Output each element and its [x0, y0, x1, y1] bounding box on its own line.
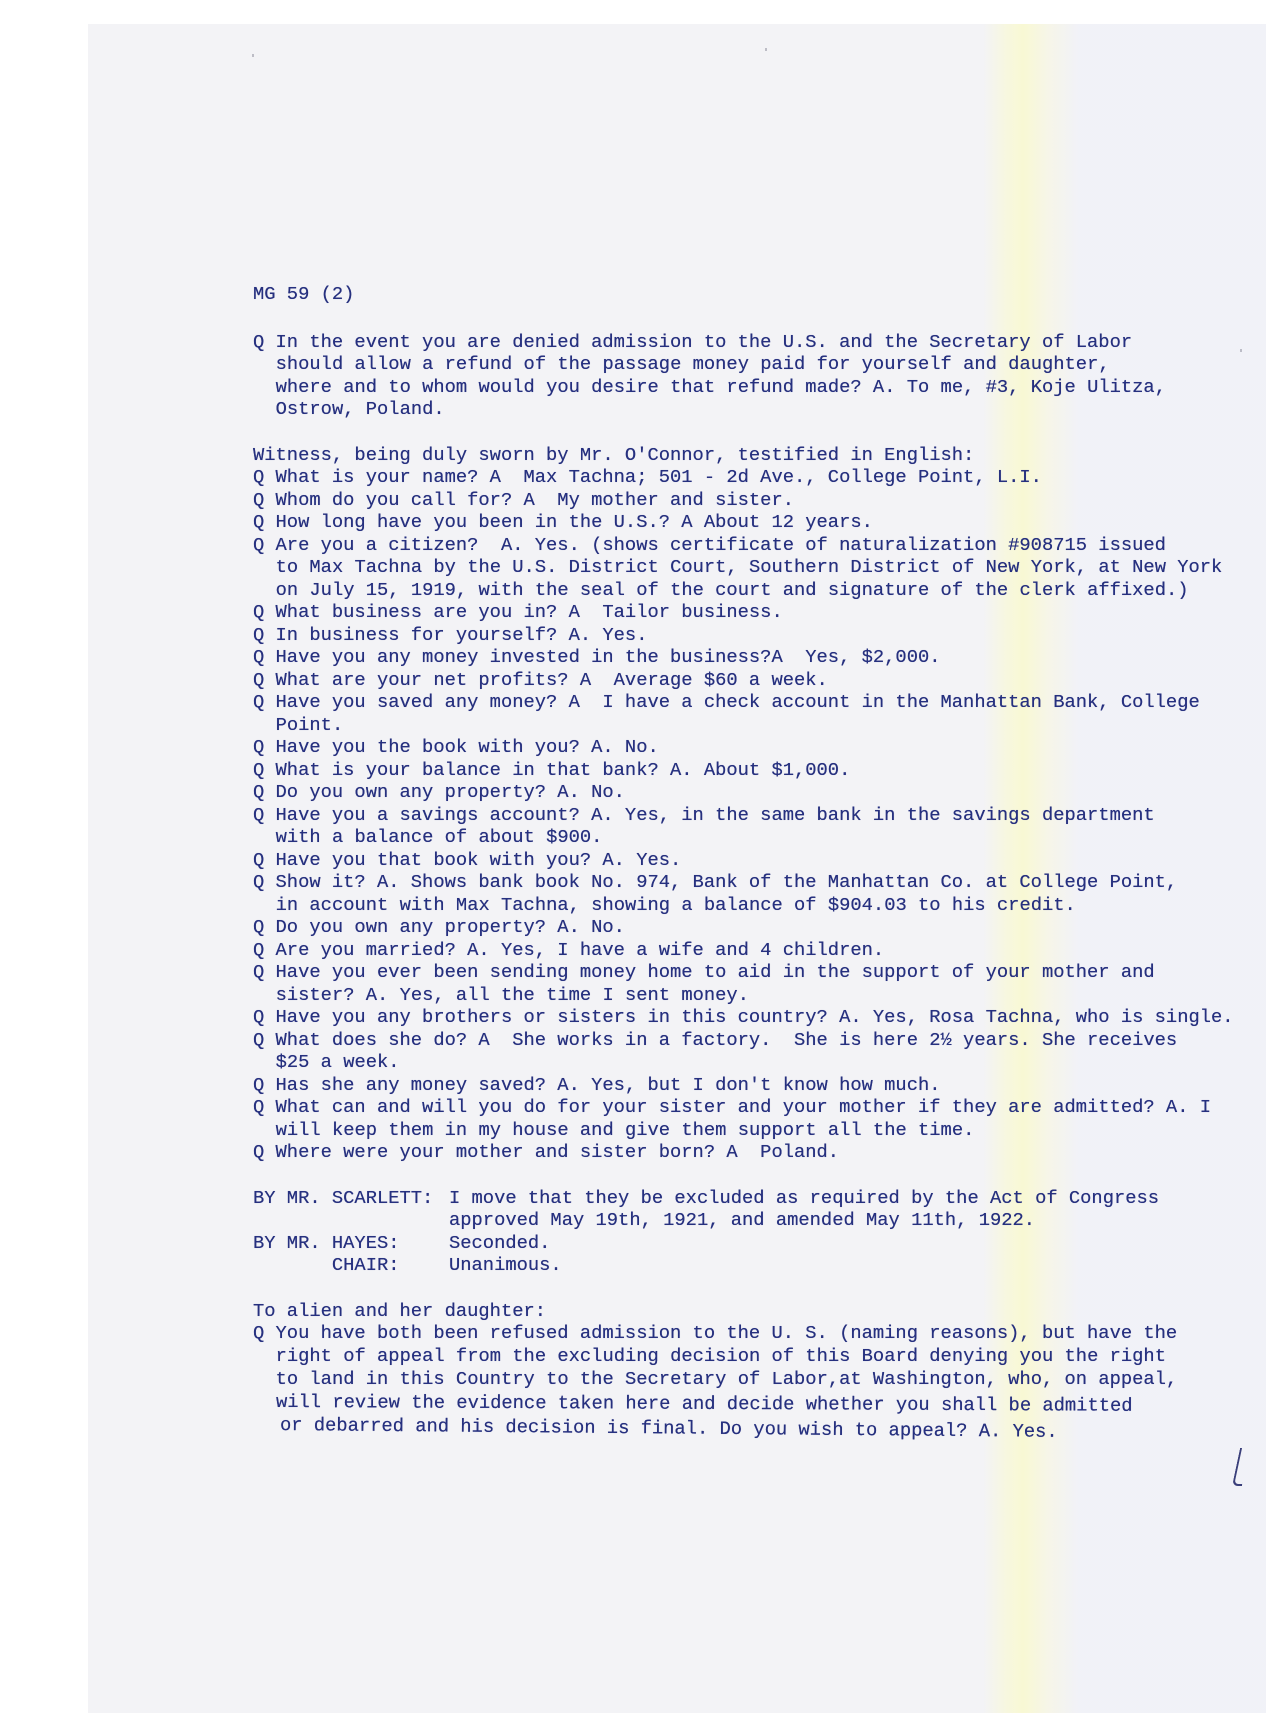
appeal-line: will review the evidence taken here and …	[276, 1391, 1133, 1417]
qa-line: Q Do you own any property? A. No.	[253, 916, 625, 939]
qa-line: Q What business are you in? A Tailor bus…	[253, 601, 783, 624]
paper-speck	[1240, 349, 1242, 352]
qa-line: Q How long have you been in the U.S.? A …	[253, 511, 873, 534]
qa-line: Q What is your balance in that bank? A. …	[253, 759, 850, 782]
qa-line: Q Whom do you call for? A My mother and …	[253, 489, 794, 512]
qa-line: Q Have you any money invested in the bus…	[253, 646, 941, 669]
qa-line: Q What can and will you do for your sist…	[253, 1096, 1211, 1119]
question-refund-line-3: where and to whom would you desire that …	[276, 376, 1166, 399]
qa-line: Q In business for yourself? A. Yes.	[253, 624, 647, 647]
page-header: MG 59 (2)	[253, 283, 354, 306]
qa-line: Q Do you own any property? A. No.	[253, 781, 625, 804]
qa-line: Q Show it? A. Shows bank book No. 974, B…	[253, 871, 1177, 894]
qa-line: Q Have you that book with you? A. Yes.	[253, 849, 681, 872]
qa-line: sister? A. Yes, all the time I sent mone…	[276, 984, 749, 1007]
motion-speaker-chair: CHAIR:	[253, 1254, 400, 1277]
qa-line: with a balance of about $900.	[276, 826, 603, 849]
question-refund-line-4: Ostrow, Poland.	[276, 398, 445, 421]
appeal-intro: To alien and her daughter:	[253, 1300, 546, 1323]
question-refund-line-2: should allow a refund of the passage mon…	[276, 353, 1110, 376]
typewritten-transcript: MG 59 (2) Q In the event you are denied …	[253, 0, 276, 1401]
qa-line: Q Are you married? A. Yes, I have a wife…	[253, 939, 884, 962]
qa-line: on July 15, 1919, with the seal of the c…	[276, 579, 1189, 602]
qa-line: Q Have you ever been sending money home …	[253, 961, 1155, 984]
qa-line: Q Are you a citizen? A. Yes. (shows cert…	[253, 534, 1166, 557]
qa-line: Q What is your name? A Max Tachna; 501 -…	[253, 466, 1042, 489]
appeal-line: right of appeal from the excluding decis…	[276, 1345, 1166, 1368]
qa-line: Q Have you a savings account? A. Yes, in…	[253, 804, 1155, 827]
paper-speck	[765, 48, 767, 51]
motion-text: Unanimous.	[449, 1254, 562, 1277]
qa-line: to Max Tachna by the U.S. District Court…	[276, 556, 1223, 579]
qa-line: Q Have you saved any money? A I have a c…	[253, 691, 1200, 714]
question-refund-line-1: Q In the event you are denied admission …	[253, 331, 1132, 354]
qa-line: Q Have you the book with you? A. No.	[253, 736, 659, 759]
motion-text: I move that they be excluded as required…	[449, 1187, 1159, 1210]
qa-line: Q What does she do? A She works in a fac…	[253, 1029, 1177, 1052]
appeal-line: to land in this Country to the Secretary…	[276, 1368, 1178, 1391]
appeal-line: Q You have both been refused admission t…	[253, 1322, 1177, 1345]
qa-line: will keep them in my house and give them…	[276, 1119, 975, 1142]
witness-intro: Witness, being duly sworn by Mr. O'Conno…	[253, 444, 974, 467]
motion-speaker-hayes: BY MR. HAYES:	[253, 1232, 400, 1255]
qa-line: Q Where were your mother and sister born…	[253, 1141, 839, 1164]
qa-line: Q What are your net profits? A Average $…	[253, 669, 828, 692]
qa-line: Point.	[276, 714, 344, 737]
motion-text: approved May 19th, 1921, and amended May…	[449, 1209, 1035, 1232]
qa-line: Q Have you any brothers or sisters in th…	[253, 1006, 1234, 1029]
qa-line: Q Has she any money saved? A. Yes, but I…	[253, 1074, 941, 1097]
qa-line: in account with Max Tachna, showing a ba…	[276, 894, 1076, 917]
motion-text: Seconded.	[449, 1232, 550, 1255]
motion-speaker-scarlett: BY MR. SCARLETT:	[253, 1187, 433, 1210]
qa-line: $25 a week.	[276, 1051, 400, 1074]
